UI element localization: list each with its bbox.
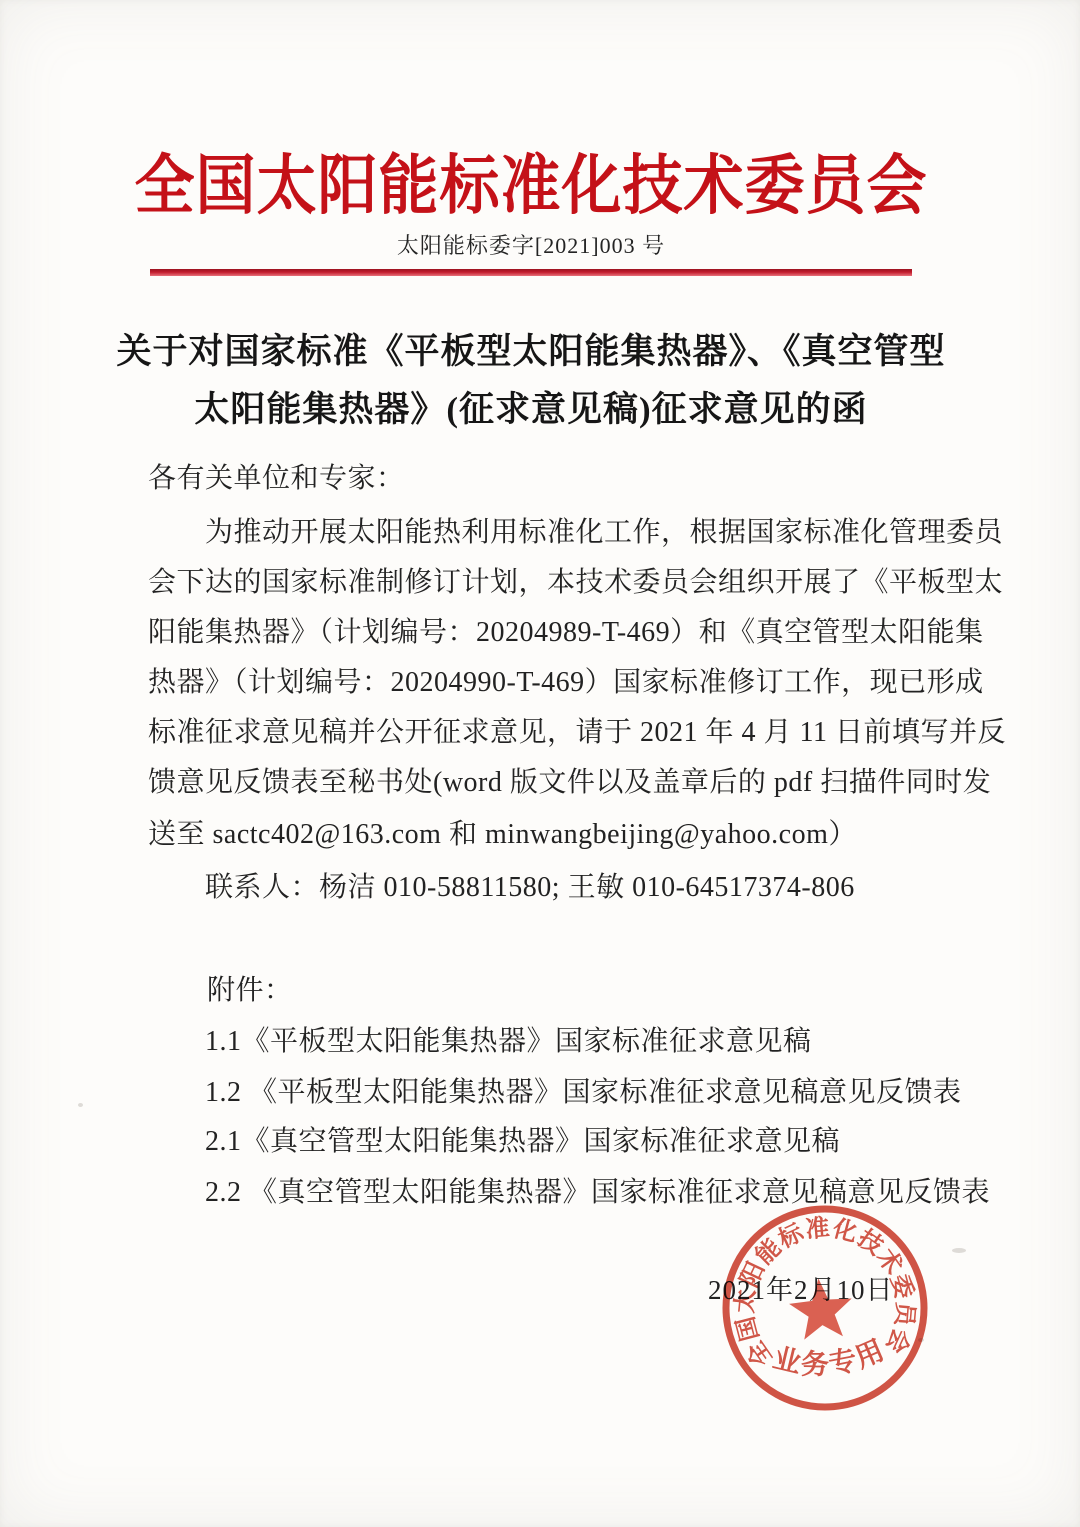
scan-speck (952, 1248, 966, 1253)
paragraph-line: 热器》（计划编号：20204990-T-469）国家标准修订工作，现已形成 (148, 660, 984, 700)
doc-number: 太阳能标委字[2021]003 号 (0, 229, 1062, 260)
doc-title-line-2: 太阳能集热器》(征求意见稿)征求意见的函 (0, 382, 1062, 432)
scan-speck (78, 1103, 83, 1107)
org-name-header: 全国太阳能标准化技术委员会 (0, 134, 1062, 227)
seal-bottom-text: 业务专用 (767, 1332, 892, 1386)
attachment-item: 1.1《平板型太阳能集热器》国家标准征求意见稿 (205, 1019, 812, 1059)
paragraph-line: 为推动开展太阳能热利用标准化工作，根据国家标准化管理委员 (205, 510, 1003, 550)
red-header-rule (150, 269, 912, 276)
scanned-letter-page: 全国太阳能标准化技术委员会 太阳能标委字[2021]003 号 关于对国家标准《… (0, 0, 1080, 1527)
seal-bottom-text-holder: 业务专用 (767, 1332, 892, 1386)
contact-line: 联系人：杨洁 010-58811580; 王敏 010-64517374-806 (205, 865, 855, 905)
paragraph-line: 标准征求意见稿并公开征求意见，请于 2021 年 4 月 11 日前填写并反 (148, 710, 1006, 750)
paragraph-line: 馈意见反馈表至秘书处(word 版文件以及盖章后的 pdf 扫描件同时发 (148, 760, 991, 800)
paragraph-line: 阳能集热器》（计划编号：20204989-T-469）和《真空管型太阳能集 (148, 610, 984, 650)
official-seal: 全国太阳能标准化技术委员会 业务专用 (700, 1183, 949, 1432)
attachment-item: 1.2 《平板型太阳能集热器》国家标准征求意见稿意见反馈表 (205, 1070, 962, 1110)
star-icon (787, 1276, 855, 1341)
doc-title-line-1: 关于对国家标准《平板型太阳能集热器》、《真空管型 (0, 324, 1062, 374)
attachments-label: 附件： (207, 968, 293, 1008)
salutation: 各有关单位和专家： (148, 456, 405, 496)
paragraph-line: 送至 sactc402@163.com 和 minwangbeijing@yah… (148, 812, 857, 852)
paragraph-line: 会下达的国家标准制修订计划，本技术委员会组织开展了《平板型太 (148, 560, 1003, 600)
attachment-item: 2.1《真空管型太阳能集热器》国家标准征求意见稿 (205, 1119, 840, 1159)
official-seal-svg: 全国太阳能标准化技术委员会 业务专用 (700, 1183, 949, 1432)
